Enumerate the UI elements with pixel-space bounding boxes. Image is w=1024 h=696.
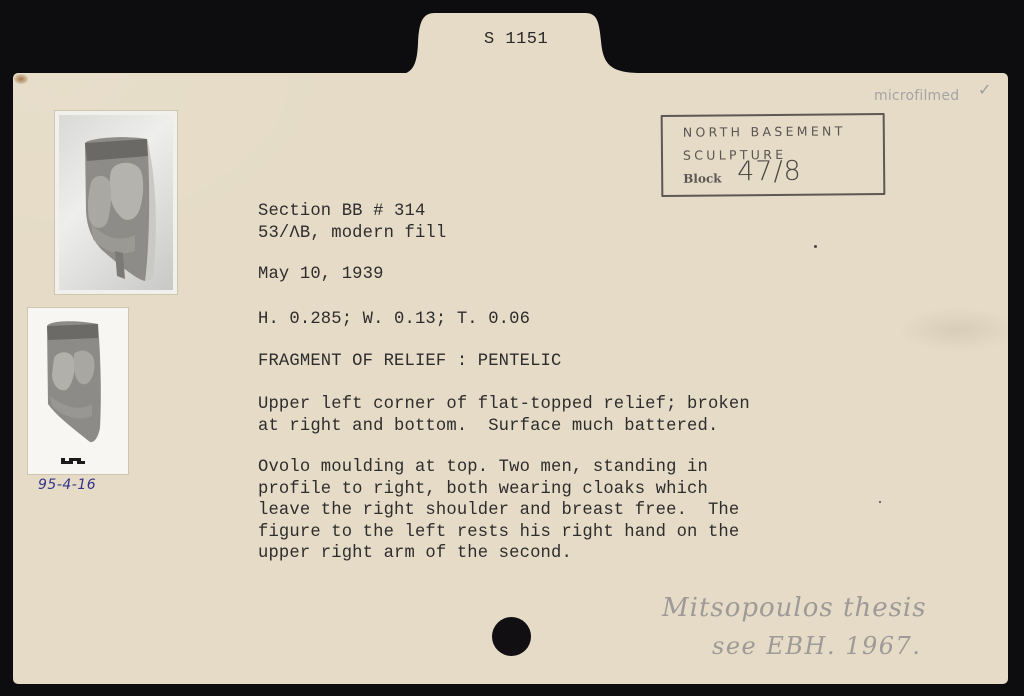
- object-title: FRAGMENT OF RELIEF : PENTELIC: [258, 351, 561, 373]
- microfilmed-stamp: microfilmed: [874, 88, 959, 104]
- ink-speck: [814, 245, 817, 248]
- section-info: Section BB # 314 53/ΛB, modern fill: [258, 201, 446, 244]
- handwritten-note-line1: Mitsopoulos thesis: [662, 593, 927, 623]
- iconography-description: Ovolo moulding at top. Two men, standing…: [258, 457, 739, 565]
- stamp-block-number: 47/8: [737, 156, 802, 188]
- relief-fragment-image: [28, 308, 128, 474]
- punch-hole: [492, 617, 531, 656]
- handwritten-note-line2: see EBH. 1967.: [712, 632, 921, 660]
- dimensions: H. 0.285; W. 0.13; T. 0.06: [258, 309, 530, 331]
- stamp-block-label: Block: [683, 171, 721, 185]
- relief-photo-large: [55, 111, 177, 294]
- condition-description: Upper left corner of flat-topped relief;…: [258, 394, 750, 437]
- catalog-number: S 1151: [484, 30, 564, 49]
- photo-inventory-number: 95-4-16: [38, 477, 96, 493]
- ink-speck: [879, 501, 881, 503]
- stamp-location: NORTH BASEMENT: [683, 123, 846, 139]
- relief-photo-small: [28, 308, 128, 474]
- relief-fragment-image: [55, 111, 177, 294]
- storage-location-stamp: NORTH BASEMENT SCULPTURE Block 47/8: [661, 113, 886, 197]
- find-date: May 10, 1939: [258, 264, 384, 286]
- corner-stain: [14, 74, 28, 84]
- checkmark-icon: ✓: [978, 80, 991, 99]
